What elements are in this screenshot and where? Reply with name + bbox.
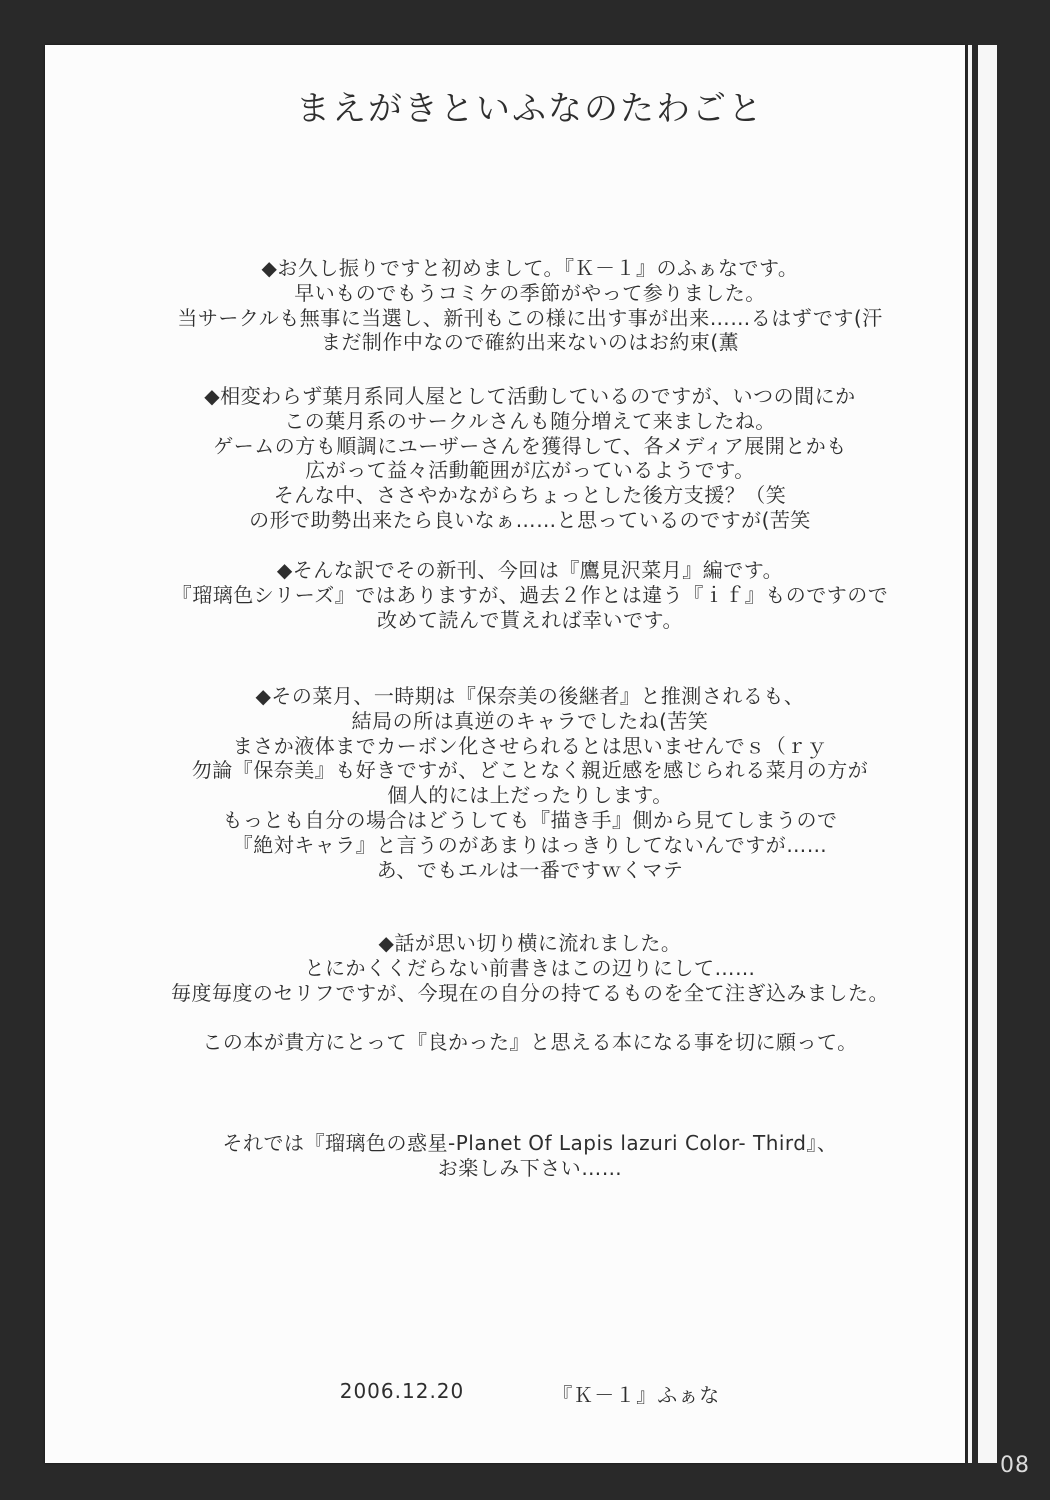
- text-line: そんな中、ささやかながらちょっとした後方支援？（笑: [70, 483, 990, 508]
- text-line: 『瑠璃色シリーズ』ではありますが、過去２作とは違う『ｉｆ』ものですので: [70, 583, 990, 608]
- text-line: ◆そんな訳でその新刊、今回は『鷹見沢菜月』編です。: [70, 558, 990, 583]
- text-line: 結局の所は真逆のキャラでしたね(苦笑: [70, 709, 990, 734]
- text-line: 早いものでもうコミケの季節がやって参りました。: [70, 281, 990, 306]
- text-line: の形で助勢出来たら良いなぁ……と思っているのですが(苦笑: [70, 508, 990, 533]
- paragraph: ◆その菜月、一時期は『保奈美の後継者』と推測されるも、 結局の所は真逆のキャラで…: [70, 684, 990, 882]
- page-edge-stripe-2: [978, 45, 997, 1463]
- text-line: ◆お久し振りですと初めまして。『Ｋ－１』のふぁなです。: [70, 256, 990, 281]
- text-line: お楽しみ下さい……: [70, 1156, 990, 1181]
- paragraph: ◆そんな訳でその新刊、今回は『鷹見沢菜月』編です。 『瑠璃色シリーズ』ではありま…: [70, 558, 990, 632]
- text-line: 『絶対キャラ』と言うのがあまりはっきりしてないんですが……: [70, 833, 990, 858]
- text-line: まさか液体までカーボン化させられるとは思いませんでｓ（ｒｙ: [70, 734, 990, 759]
- text-line: あ、でもエルは一番ですｗくマテ: [70, 858, 990, 883]
- text-line: この葉月系のサークルさんも随分増えて来ましたね。: [70, 409, 990, 434]
- page-content: まえがきといふなのたわごと ◆お久し振りですと初めまして。『Ｋ－１』のふぁなです…: [70, 45, 990, 1463]
- text-line: 毎度毎度のセリフですが、今現在の自分の持てるものを全て注ぎ込みました。: [70, 981, 990, 1006]
- text-line: とにかくくだらない前書きはこの辺りにして……: [70, 956, 990, 981]
- text-line: 個人的には上だったりします。: [70, 783, 990, 808]
- text-line: まだ制作中なので確約出来ないのはお約束(薫: [70, 330, 990, 355]
- paragraph: この本が貴方にとって『良かった』と思える本になる事を切に願って。: [70, 1030, 990, 1055]
- text-line: 当サークルも無事に当選し、新刊もこの様に出す事が出来……るはずです(汗: [70, 306, 990, 331]
- document-page: まえがきといふなのたわごと ◆お久し振りですと初めまして。『Ｋ－１』のふぁなです…: [45, 45, 965, 1463]
- text-line: ゲームの方も順調にユーザーさんを獲得して、各メディア展開とかも: [70, 434, 990, 459]
- text-line: ◆話が思い切り横に流れました。: [70, 931, 990, 956]
- text-line: それでは『瑠璃色の惑星-Planet Of Lapis lazuri Color…: [70, 1131, 990, 1156]
- page-number: 08: [1000, 1453, 1030, 1478]
- paragraph: それでは『瑠璃色の惑星-Planet Of Lapis lazuri Color…: [70, 1131, 990, 1181]
- footer-date: 2006.12.20: [340, 1379, 465, 1408]
- paragraph: ◆お久し振りですと初めまして。『Ｋ－１』のふぁなです。 早いものでもうコミケの季…: [70, 256, 990, 355]
- footer-signature: 2006.12.20 『Ｋ－１』ふぁな: [70, 1379, 990, 1408]
- footer-credit: 『Ｋ－１』ふぁな: [552, 1379, 720, 1408]
- text-line: ◆相変わらず葉月系同人屋として活動しているのですが、いつの間にか: [70, 384, 990, 409]
- scanned-page-background: まえがきといふなのたわごと ◆お久し振りですと初めまして。『Ｋ－１』のふぁなです…: [0, 0, 1050, 1500]
- text-line: ◆その菜月、一時期は『保奈美の後継者』と推測されるも、: [70, 684, 990, 709]
- paragraph: ◆話が思い切り横に流れました。 とにかくくだらない前書きはこの辺りにして…… 毎…: [70, 931, 990, 1005]
- text-line: 改めて読んで貰えれば幸いです。: [70, 608, 990, 633]
- text-line: 勿論『保奈美』も好きですが、どことなく親近感を感じられる菜月の方が: [70, 758, 990, 783]
- text-line: この本が貴方にとって『良かった』と思える本になる事を切に願って。: [70, 1030, 990, 1055]
- paragraph: ◆相変わらず葉月系同人屋として活動しているのですが、いつの間にか この葉月系のサ…: [70, 384, 990, 533]
- text-line: 広がって益々活動範囲が広がっているようです。: [70, 458, 990, 483]
- page-edge-stripe-1: [968, 45, 972, 1463]
- page-title: まえがきといふなのたわごと: [70, 81, 990, 130]
- text-line: もっとも自分の場合はどうしても『描き手』側から見てしまうので: [70, 808, 990, 833]
